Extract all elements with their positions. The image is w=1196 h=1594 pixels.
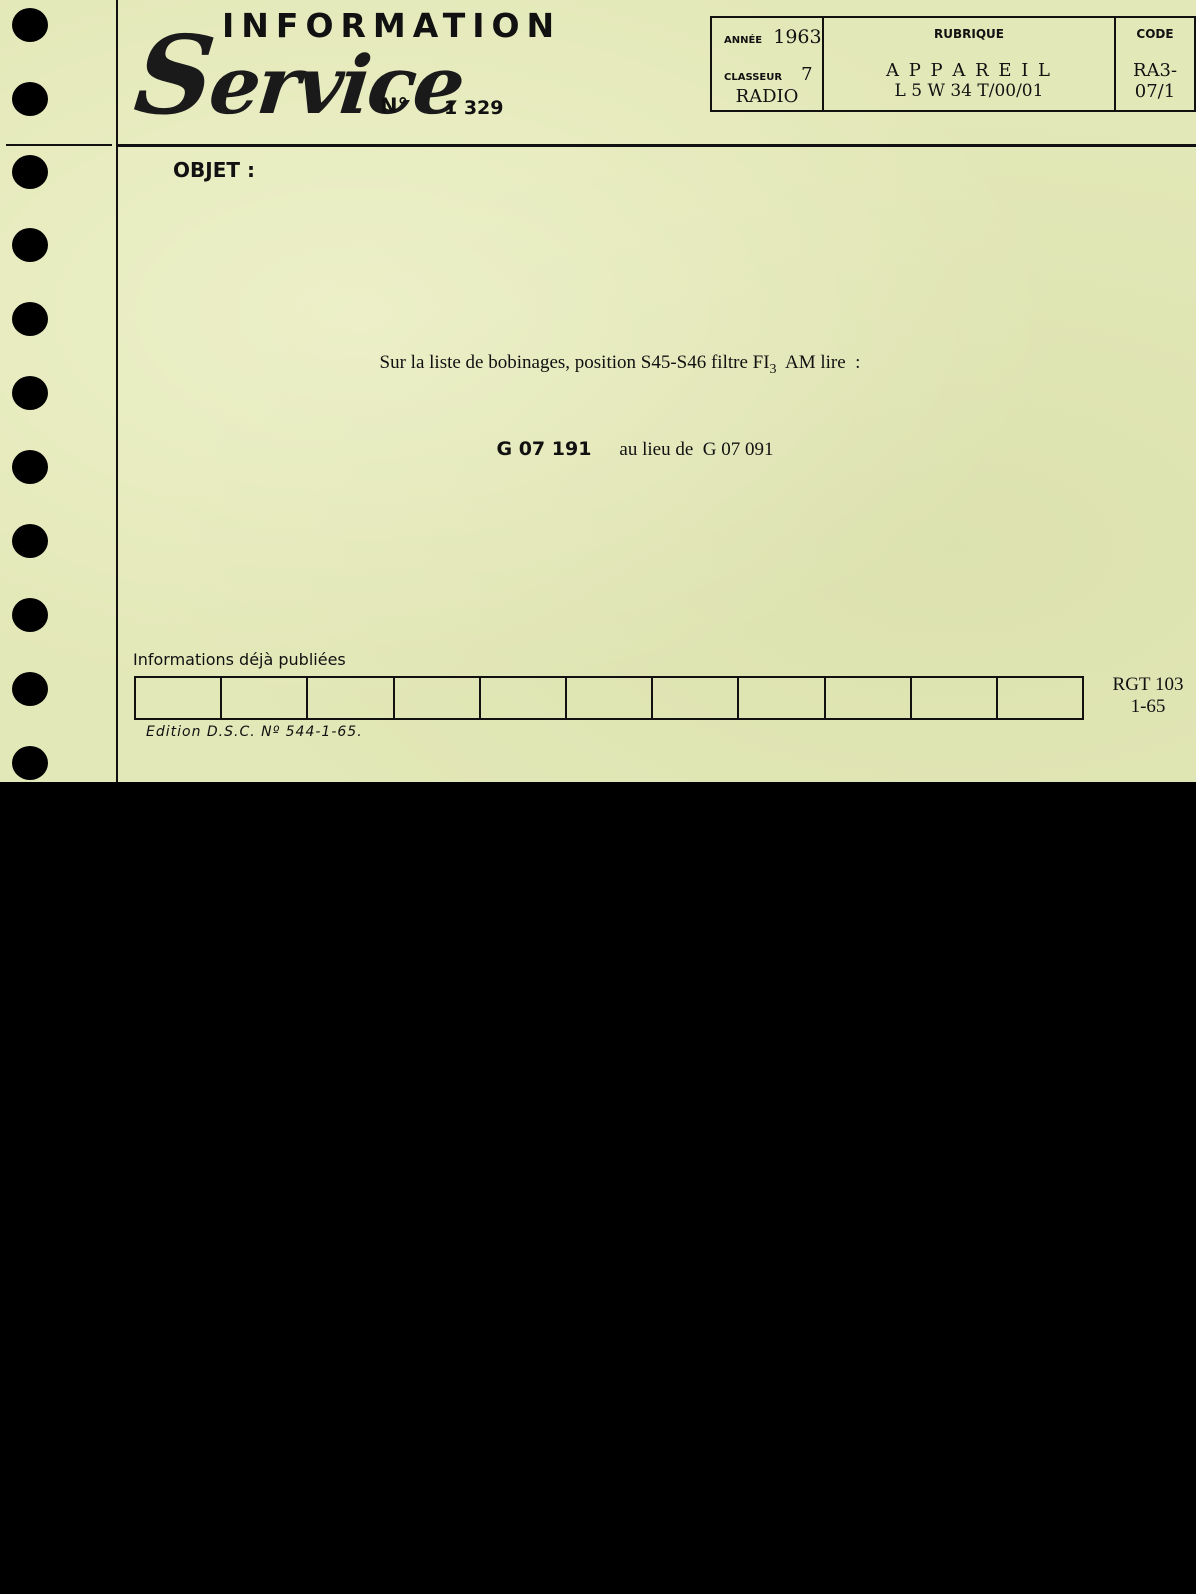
brand-initial: S xyxy=(129,13,217,139)
previous-info-cell xyxy=(653,678,739,718)
binder-hole xyxy=(12,598,48,632)
previous-info-cell xyxy=(826,678,912,718)
year-column: ANNÉE 1963 CLASSEUR 7 RADIO xyxy=(712,18,824,110)
rubrique-line1: A P P A R E I L xyxy=(824,60,1114,81)
brand-rest: ervice xyxy=(205,38,466,132)
category: RADIO xyxy=(712,86,822,107)
margin-rule xyxy=(6,144,112,146)
number-label: N° xyxy=(380,94,408,118)
previous-info-cell xyxy=(739,678,825,718)
previous-info-cell xyxy=(481,678,567,718)
instruction-end: AM lire : xyxy=(777,352,861,373)
header-rule xyxy=(116,144,1196,147)
info-box: ANNÉE 1963 CLASSEUR 7 RADIO RUBRIQUE A P… xyxy=(710,16,1196,112)
annee-value: 1963 xyxy=(773,26,821,48)
code-line1: RA3- xyxy=(1116,60,1194,81)
binder-hole xyxy=(12,746,48,780)
rubrique-line2: L 5 W 34 T/00/01 xyxy=(824,81,1114,101)
reference-line1: RGT 103 xyxy=(1100,674,1196,696)
number-value: 1 329 xyxy=(444,97,504,119)
binder-hole xyxy=(12,155,48,189)
previous-info-cell xyxy=(912,678,998,718)
annee-label: ANNÉE xyxy=(724,35,762,46)
reference-line2: 1-65 xyxy=(1100,696,1196,718)
rubrique-column: RUBRIQUE A P P A R E I L L 5 W 34 T/00/0… xyxy=(824,18,1116,110)
service-sheet: INFORMATION Service N° 1 329 ANNÉE 1963 … xyxy=(0,0,1196,782)
previous-info-cell xyxy=(308,678,394,718)
classeur-label: CLASSEUR xyxy=(724,72,782,83)
objet-label: OBJET : xyxy=(173,158,255,182)
correction-codes: G 07 191au lieu de G 07 091 xyxy=(0,438,1196,461)
previous-info-label: Informations déjà publiées xyxy=(133,650,346,669)
instruction-text: Sur la liste de bobinages, position S45-… xyxy=(380,352,770,373)
rubrique-label: RUBRIQUE xyxy=(824,27,1114,41)
replacement-text: au lieu de G 07 091 xyxy=(619,439,773,460)
binder-hole xyxy=(12,228,48,262)
binder-hole xyxy=(12,82,48,116)
previous-info-cell xyxy=(567,678,653,718)
code-label: CODE xyxy=(1116,27,1194,41)
instruction-subscript: 3 xyxy=(770,362,777,377)
binder-hole xyxy=(12,672,48,706)
binder-hole xyxy=(12,302,48,336)
new-part-code: G 07 191 xyxy=(496,438,591,460)
previous-info-cell xyxy=(998,678,1082,718)
edition-note: Edition D.S.C. Nº 544-1-65. xyxy=(146,724,363,740)
previous-info-cell xyxy=(222,678,308,718)
previous-info-cell xyxy=(395,678,481,718)
previous-info-table xyxy=(134,676,1084,720)
classeur-value: 7 xyxy=(801,64,812,85)
margin-line xyxy=(116,0,118,782)
reference-code: RGT 103 1-65 xyxy=(1100,674,1196,718)
binder-hole xyxy=(12,524,48,558)
binder-hole xyxy=(12,376,48,410)
binder-hole xyxy=(12,8,48,42)
previous-info-cell xyxy=(136,678,222,718)
code-line2: 07/1 xyxy=(1116,81,1194,102)
brand-title-service: Service xyxy=(130,22,468,130)
code-column: CODE RA3- 07/1 xyxy=(1116,18,1196,110)
correction-instruction: Sur la liste de bobinages, position S45-… xyxy=(0,352,1196,378)
